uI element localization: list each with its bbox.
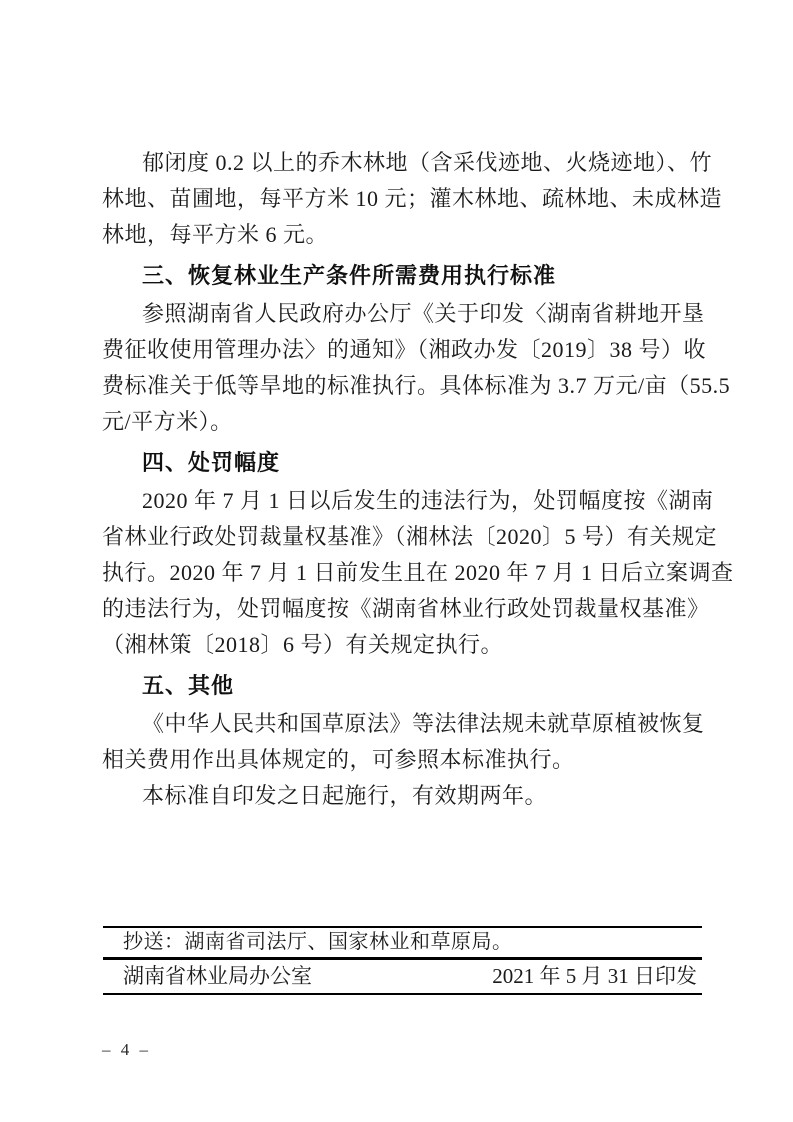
body-line: 元/平方米）。 <box>102 404 694 440</box>
document-page: 郁闭度 0.2 以上的乔木林地（含采伐迹地、火烧迹地）、竹 林地、苗圃地，每平方… <box>0 0 793 1122</box>
body-line: （湘林策〔2018〕6 号）有关规定执行。 <box>102 627 694 663</box>
body-line: 2020 年 7 月 1 日以后发生的违法行为，处罚幅度按《湖南 <box>102 483 694 519</box>
print-date: 2021 年 5 月 31 日印发 <box>492 960 697 993</box>
section-heading-4: 四、处罚幅度 <box>102 445 694 481</box>
section-heading-5: 五、其他 <box>102 668 694 704</box>
body-line: 林地，每平方米 6 元。 <box>102 217 694 253</box>
body-line: 相关费用作出具体规定的，可参照本标准执行。 <box>102 742 694 778</box>
body-line: 费征收使用管理办法〉的通知》（湘政办发〔2019〕38 号）收 <box>102 332 694 368</box>
body-line: 执行。2020 年 7 月 1 日前发生且在 2020 年 7 月 1 日后立案… <box>102 555 694 591</box>
body-line: 本标准自印发之日起施行，有效期两年。 <box>102 778 694 814</box>
body-line: 参照湖南省人民政府办公厅《关于印发〈湖南省耕地开垦 <box>102 296 694 332</box>
cc-text: 抄送：湖南省司法厅、国家林业和草原局。 <box>123 931 513 953</box>
page-number: – 4 – <box>102 1040 151 1060</box>
body-line: 的违法行为，处罚幅度按《湖南省林业行政处罚裁量权基准》 <box>102 591 694 627</box>
body-line: 林地、苗圃地，每平方米 10 元；灌木林地、疏林地、未成林造 <box>102 181 694 217</box>
issuing-office: 湖南省林业局办公室 <box>123 960 312 993</box>
cc-row: 抄送：湖南省司法厅、国家林业和草原局。 <box>103 928 702 957</box>
document-footer: 抄送：湖南省司法厅、国家林业和草原局。 湖南省林业局办公室 2021 年 5 月… <box>103 926 702 995</box>
issue-row: 湖南省林业局办公室 2021 年 5 月 31 日印发 <box>103 960 702 993</box>
section-heading-3: 三、恢复林业生产条件所需费用执行标准 <box>102 258 694 294</box>
document-body: 郁闭度 0.2 以上的乔木林地（含采伐迹地、火烧迹地）、竹 林地、苗圃地，每平方… <box>102 145 694 814</box>
body-line: 《中华人民共和国草原法》等法律法规未就草原植被恢复 <box>102 706 694 742</box>
body-line: 省林业行政处罚裁量权基准》（湘林法〔2020〕5 号）有关规定 <box>102 519 694 555</box>
body-line: 郁闭度 0.2 以上的乔木林地（含采伐迹地、火烧迹地）、竹 <box>102 145 694 181</box>
footer-rule-bottom <box>103 993 702 995</box>
body-line: 费标准关于低等旱地的标准执行。具体标准为 3.7 万元/亩（55.5 <box>102 368 694 404</box>
